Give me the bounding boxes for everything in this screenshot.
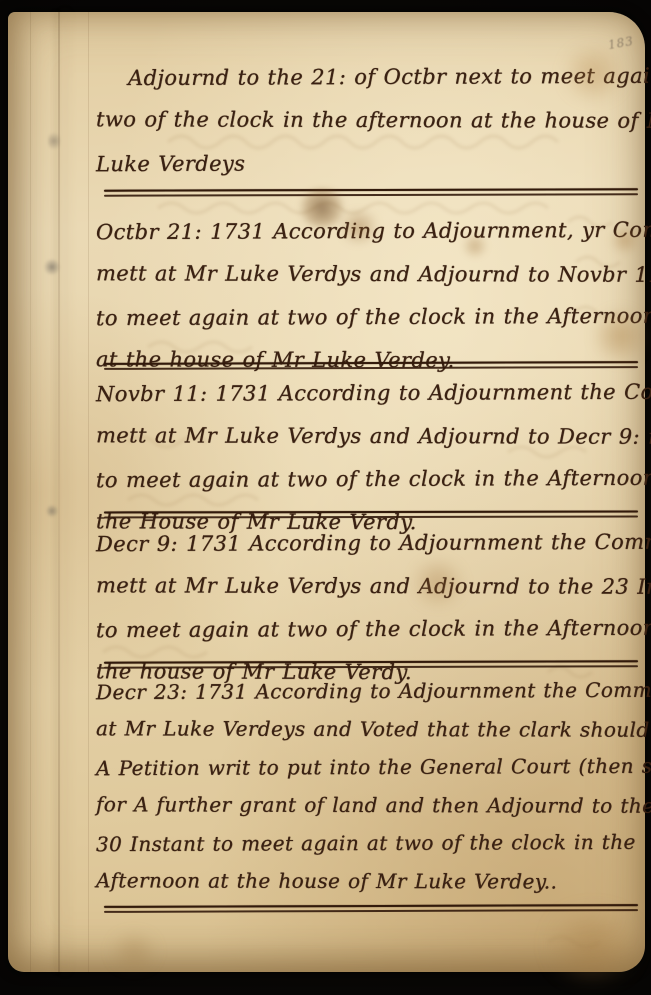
handwritten-line: Decr 9: 1731 According to Adjournment th… — [96, 521, 641, 566]
handwritten-line: 30 Instant to meet again at two of the c… — [96, 823, 641, 863]
handwritten-line: two of the clock in the afternoon at the… — [96, 98, 641, 142]
scanned-page-background: 183 Adjournd to the 21: of Octbr next to… — [0, 0, 651, 995]
entry-block-5: Decr 23: 1731 According to Adjournment t… — [96, 672, 641, 900]
handwritten-line: at Mr Luke Verdeys and Voted that the cl… — [96, 709, 641, 748]
ink-rule-divider — [104, 511, 638, 519]
handwritten-line: Luke Verdeys — [96, 141, 641, 186]
handwritten-line: to meet again at two of the clock in the… — [96, 295, 641, 340]
handwritten-line: mett at Mr Luke Verdys and Adjournd to N… — [96, 252, 641, 296]
handwritten-line: Afternoon at the house of Mr Luke Verdey… — [96, 861, 641, 900]
handwritten-line: mett at Mr Luke Verdys and Adjournd to t… — [96, 564, 641, 608]
ink-rule-divider — [104, 660, 638, 668]
entry-block-2: Octbr 21: 1731 According to Adjournment,… — [96, 210, 641, 382]
handwritten-line: Novbr 11: 1731 According to Adjournment … — [96, 371, 641, 416]
handwritten-line: mett at Mr Luke Verdys and Adjournd to D… — [96, 414, 641, 458]
handwritten-line: A Petition writ to put into the General … — [96, 747, 641, 787]
handwritten-line: Decr 23: 1731 According to Adjournment t… — [96, 671, 641, 711]
handwritten-line: to meet again at two of the clock in the… — [96, 457, 641, 502]
handwritten-line: Adjournd to the 21: of Octbr next to mee… — [96, 55, 641, 100]
binding-crease — [58, 12, 60, 972]
handwritten-line: Octbr 21: 1731 According to Adjournment,… — [96, 209, 641, 254]
handwritten-line: to meet again at two of the clock in the… — [96, 607, 641, 652]
manuscript-page: 183 Adjournd to the 21: of Octbr next to… — [8, 12, 645, 972]
ink-rule-divider — [104, 188, 638, 196]
margin-line — [88, 12, 89, 972]
binding-crease — [30, 12, 31, 972]
handwritten-line: for A further grant of land and then Adj… — [96, 785, 641, 824]
entry-block-1: Adjournd to the 21: of Octbr next to mee… — [96, 56, 641, 185]
